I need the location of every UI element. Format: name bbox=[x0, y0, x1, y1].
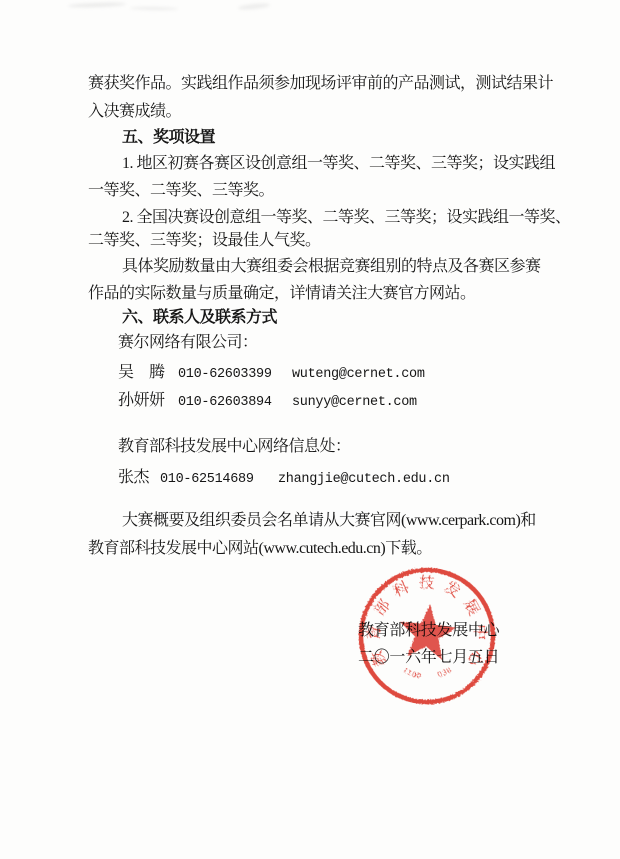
contact-phone: 010-62603399 bbox=[178, 367, 292, 382]
scan-smudge bbox=[238, 2, 270, 10]
section-heading: 五、奖项设置 bbox=[122, 128, 215, 148]
body-line: 一等奖、二等奖、三等奖。 bbox=[88, 181, 274, 201]
contact-name: 吴 腾 bbox=[118, 359, 178, 382]
body-line: 2. 全国决赛设创意组一等奖、二等奖、三等奖；设实践组一等奖、 bbox=[122, 208, 571, 228]
contact-email: wuteng@cernet.com bbox=[292, 367, 425, 382]
contact-company: 教育部科技发展中心网络信息处： bbox=[118, 437, 351, 457]
contact-phone: 010-62603894 bbox=[178, 395, 292, 410]
contact-email: sunyy@cernet.com bbox=[292, 395, 417, 410]
body-line: 入决赛成绩。 bbox=[88, 102, 181, 122]
contact-company: 赛尔网络有限公司： bbox=[118, 333, 258, 353]
official-seal: 教育部科技发展中心 1100 038 bbox=[347, 556, 507, 716]
body-line: 具体奖励数量由大赛组委会根据竞赛组别的特点及各赛区参赛 bbox=[122, 257, 541, 277]
section-heading: 六、联系人及联系方式 bbox=[122, 308, 277, 328]
scanned-document-page: 赛获奖作品。实践组作品须参加现场评审前的产品测试，测试结果计 入决赛成绩。 五、… bbox=[0, 0, 620, 859]
seal-serial-number: 1100 bbox=[401, 665, 423, 681]
body-line: 1. 地区初赛各赛区设创意组一等奖、二等奖、三等奖；设实践组 bbox=[122, 154, 555, 174]
body-line: 作品的实际数量与质量确定，详情请关注大赛官方网站。 bbox=[88, 284, 476, 304]
download-note-line: 大赛概要及组织委员会名单请从大赛官网(www.cerpark.com)和 bbox=[122, 511, 536, 531]
seal-star-icon bbox=[396, 601, 458, 661]
contact-row: 吴 腾 010-62603399 wuteng@cernet.com bbox=[118, 359, 425, 382]
contact-row: 张杰 010-62514689 zhangjie@cutech.edu.cn bbox=[118, 464, 450, 487]
scan-smudge bbox=[68, 2, 126, 8]
contact-row: 孙妍妍 010-62603894 sunyy@cernet.com bbox=[118, 387, 417, 410]
contact-name: 张杰 bbox=[118, 464, 160, 487]
contact-name: 孙妍妍 bbox=[118, 387, 178, 410]
body-line: 赛获奖作品。实践组作品须参加现场评审前的产品测试，测试结果计 bbox=[88, 74, 553, 94]
scan-smudge bbox=[130, 7, 178, 11]
contact-phone: 010-62514689 bbox=[160, 472, 278, 487]
seal-serial-number: 038 bbox=[436, 663, 455, 680]
contact-email: zhangjie@cutech.edu.cn bbox=[278, 472, 450, 487]
body-line: 二等奖、三等奖；设最佳人气奖。 bbox=[88, 231, 321, 251]
